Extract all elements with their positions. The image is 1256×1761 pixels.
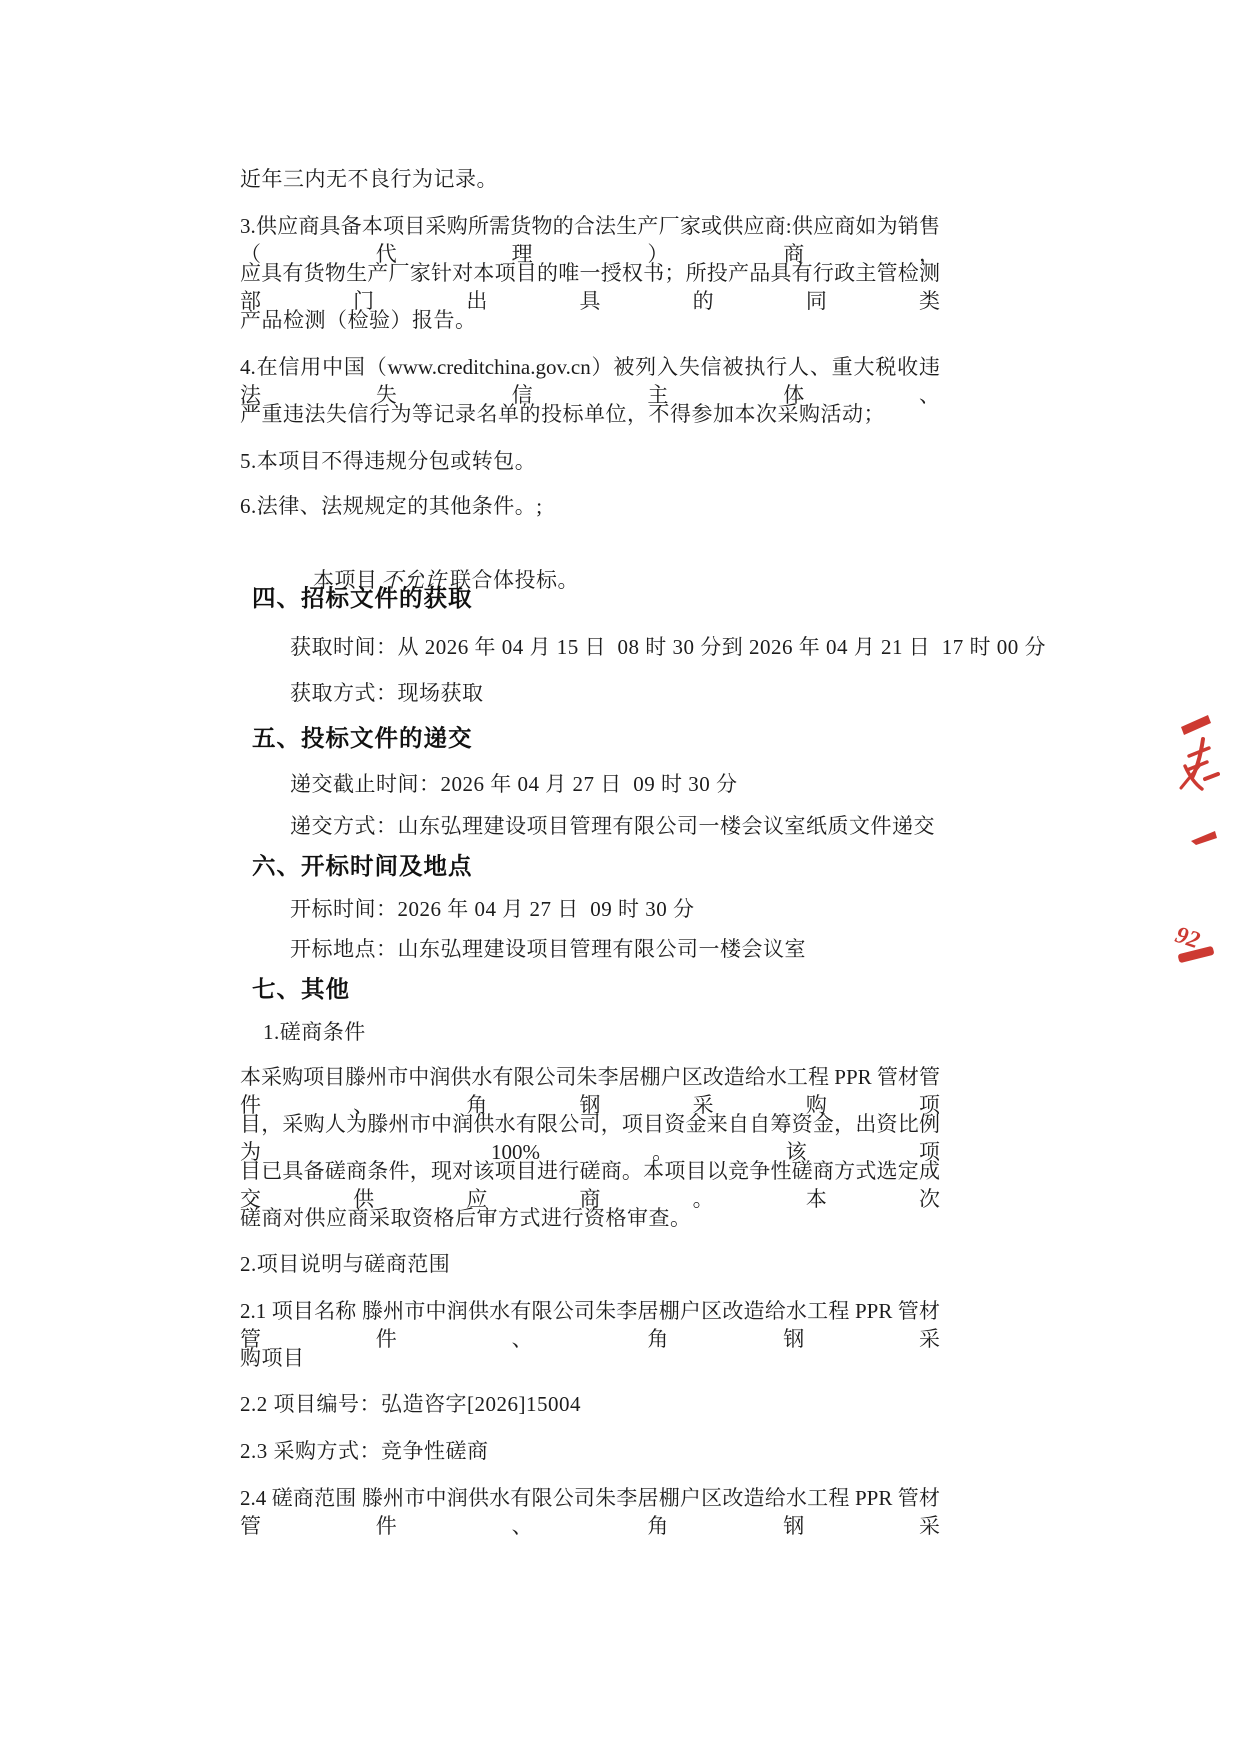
detail-line: 1.磋商条件 bbox=[263, 1018, 366, 1046]
detail-line: 获取时间：从 2026 年 04 月 15 日 08 时 30 分到 2026 … bbox=[290, 633, 1046, 661]
paragraph-line: 2.4 磋商范围 滕州市中润供水有限公司朱李居棚户区改造给水工程 PPR 管材管… bbox=[240, 1484, 940, 1540]
detail-line: 递交方式：山东弘理建设项目管理有限公司一楼会议室纸质文件递交 bbox=[290, 812, 935, 840]
paragraph-line: 购项目 bbox=[240, 1344, 305, 1372]
detail-line: 递交截止时间：2026 年 04 月 27 日 09 时 30 分 bbox=[290, 770, 738, 798]
paragraph-line: 5.本项目不得违规分包或转包。 bbox=[240, 447, 536, 475]
paragraph-line: 磋商对供应商采取资格后审方式进行资格审查。 bbox=[240, 1204, 692, 1232]
section-heading-5: 五、投标文件的递交 bbox=[252, 724, 473, 752]
paragraph-line: 2.2 项目编号：弘造咨字[2026]15004 bbox=[240, 1390, 581, 1418]
section-heading-6: 六、开标时间及地点 bbox=[252, 852, 473, 880]
detail-line: 获取方式：现场获取 bbox=[290, 679, 484, 707]
red-stamp-fragment-top bbox=[1178, 708, 1220, 800]
paragraph-line: 近年三内无不良行为记录。 bbox=[240, 165, 498, 193]
detail-line: 开标时间：2026 年 04 月 27 日 09 时 30 分 bbox=[290, 895, 695, 923]
paragraph-line: 6.法律、法规规定的其他条件。; bbox=[240, 492, 543, 520]
document-page: 近年三内无不良行为记录。 3.供应商具备本项目采购所需货物的合法生产厂家或供应商… bbox=[0, 0, 1256, 1761]
paragraph-line: 产品检测（检验）报告。 bbox=[240, 306, 477, 334]
paragraph-line: 2.项目说明与磋商范围 bbox=[240, 1250, 450, 1278]
paragraph-line: 2.1 项目名称 滕州市中润供水有限公司朱李居棚户区改造给水工程 PPR 管材管… bbox=[240, 1297, 940, 1353]
red-stamp-fragment-middle bbox=[1191, 829, 1219, 847]
detail-line: 开标地点：山东弘理建设项目管理有限公司一楼会议室 bbox=[290, 935, 806, 963]
section-heading-7: 七、其他 bbox=[252, 975, 350, 1003]
paragraph-line: 严重违法失信行为等记录名单的投标单位，不得参加本次采购活动； bbox=[240, 400, 885, 428]
paragraph-line: 2.3 采购方式：竞争性磋商 bbox=[240, 1437, 489, 1465]
section-heading-4: 四、招标文件的获取 bbox=[252, 584, 473, 612]
